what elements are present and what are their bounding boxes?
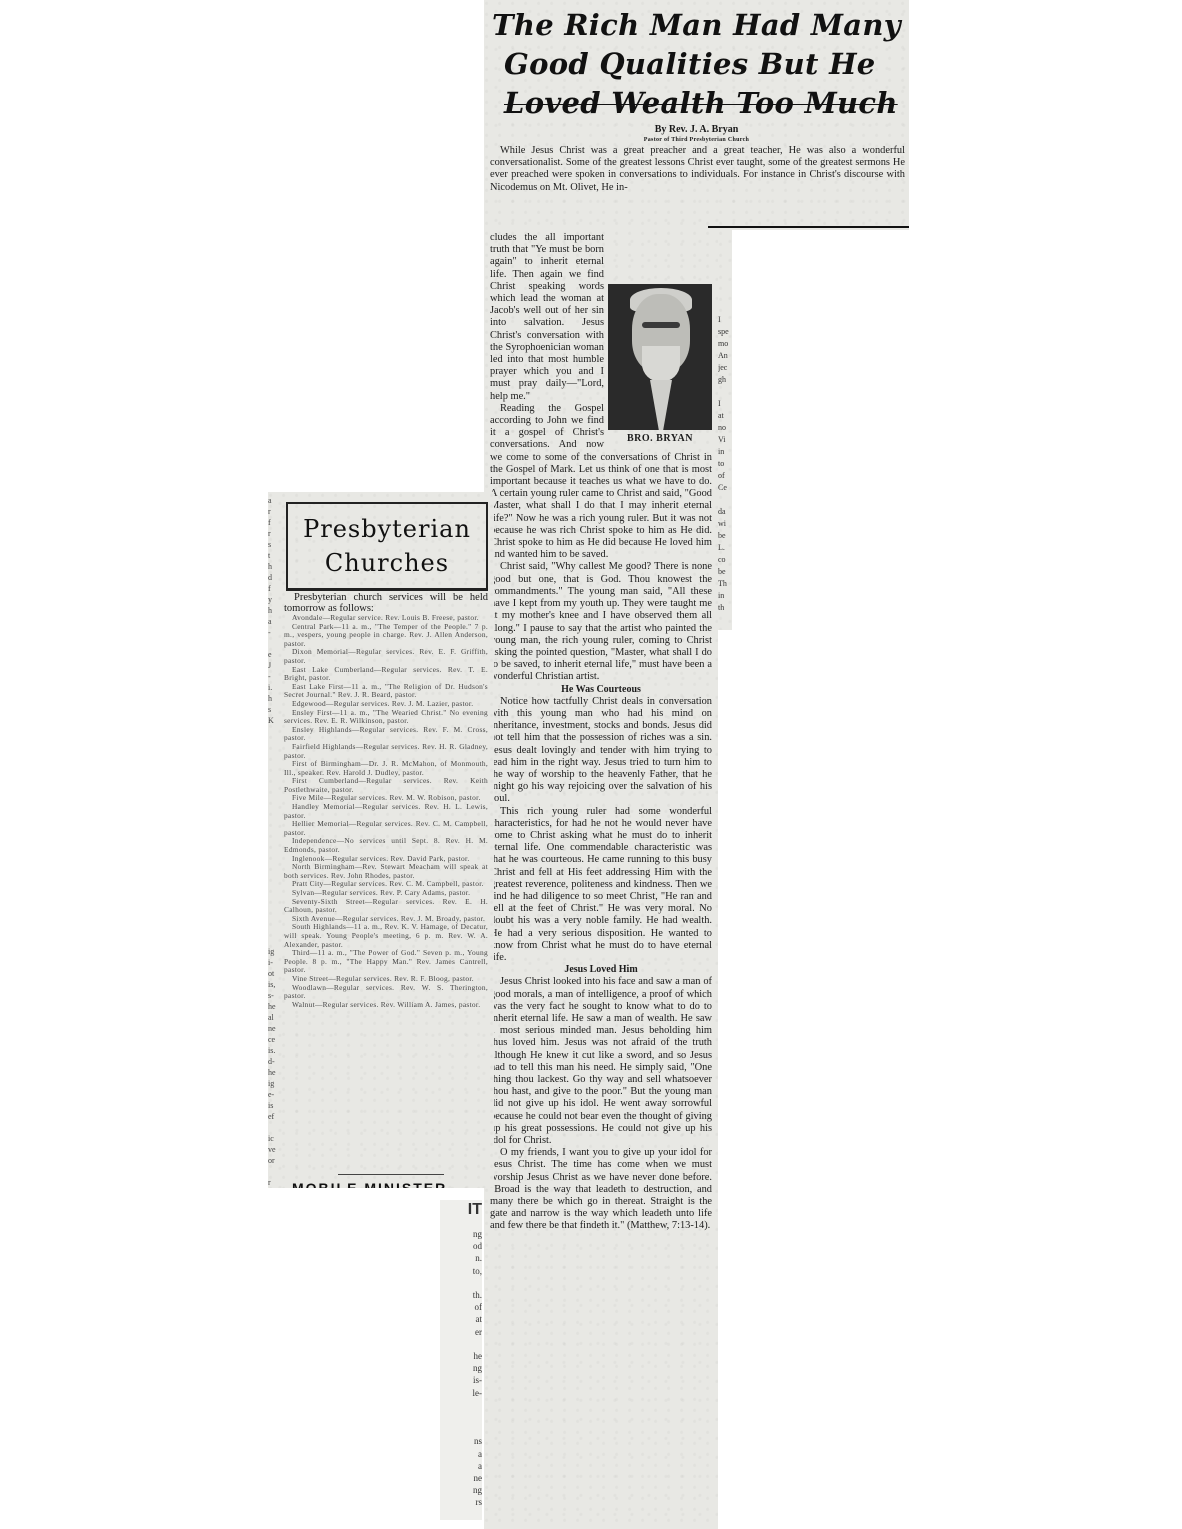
fragment-line: Ce bbox=[718, 482, 732, 494]
fragment-line bbox=[268, 836, 280, 847]
article-paragraph: Jesus Christ looked into his face and sa… bbox=[490, 976, 712, 1147]
article-body-column: BRO. BRYAN cludes the all important trut… bbox=[484, 230, 718, 1529]
fragment-line: s bbox=[268, 539, 280, 550]
section-divider bbox=[338, 1174, 444, 1175]
fragment-line bbox=[268, 1166, 280, 1177]
fragment-line: - bbox=[268, 671, 280, 682]
fragment-line bbox=[268, 803, 280, 814]
fragment-line: r bbox=[268, 506, 280, 517]
article-paragraph: Notice how tactfully Christ deals in con… bbox=[490, 696, 712, 806]
subheading: Jesus Loved Him bbox=[490, 964, 712, 976]
section-title-line: Churches bbox=[288, 546, 486, 580]
fragment-line: be bbox=[718, 566, 732, 578]
byline: By Rev. J. A. Bryan bbox=[484, 124, 909, 135]
church-entry: Independence—No services until Sept. 8. … bbox=[284, 837, 488, 854]
fragment-line bbox=[268, 748, 280, 759]
fragment-line: Vi bbox=[718, 434, 732, 446]
fragment-line bbox=[268, 825, 280, 836]
fragment-line: ig bbox=[268, 946, 280, 957]
fragment-line: f bbox=[268, 583, 280, 594]
fragment-line: is. bbox=[268, 1045, 280, 1056]
fragment-line bbox=[718, 254, 732, 266]
fragment-line: is- bbox=[440, 1374, 482, 1386]
fragment-line: e bbox=[268, 649, 280, 660]
fragment-line bbox=[268, 902, 280, 913]
fragment-line: Th bbox=[718, 578, 732, 590]
fragment-line bbox=[268, 792, 280, 803]
church-entry: Hellier Memorial—Regular services. Rev. … bbox=[284, 820, 488, 837]
fragment-line: i. bbox=[268, 682, 280, 693]
fragment-line bbox=[440, 1411, 482, 1423]
fragment-line: An bbox=[718, 350, 732, 362]
fragment-line bbox=[718, 230, 732, 242]
church-entry: Seventy-Sixth Street—Regular services. R… bbox=[284, 898, 488, 915]
fragment-line: d- bbox=[268, 1056, 280, 1067]
fragment-line: is, bbox=[268, 979, 280, 990]
fragment-line bbox=[440, 1338, 482, 1350]
church-entry: First of Birmingham—Dr. J. R. McMahon, o… bbox=[284, 760, 488, 777]
fragment-line: jec bbox=[718, 362, 732, 374]
adjacent-column-fragment-left: arfrsthdfyha- eJ-i.hsK igi-otis,s-healne… bbox=[268, 495, 280, 1190]
fragment-line: at bbox=[440, 1313, 482, 1325]
fragment-line: K bbox=[268, 715, 280, 726]
fragment-line: d bbox=[268, 572, 280, 583]
fragment-line: y bbox=[268, 594, 280, 605]
fragment-line: he bbox=[268, 1001, 280, 1012]
fragment-line: ng bbox=[440, 1362, 482, 1374]
headline-line: Good Qualities But He bbox=[492, 45, 904, 84]
fragment-line: n. bbox=[440, 1252, 482, 1264]
fragment-line: ig bbox=[268, 1078, 280, 1089]
subheading: He Was Courteous bbox=[490, 684, 712, 696]
fragment-line: I bbox=[718, 314, 732, 326]
fragment-line bbox=[268, 935, 280, 946]
fragment-line bbox=[718, 494, 732, 506]
fragment-line bbox=[718, 290, 732, 302]
fragment-line: ne bbox=[268, 1023, 280, 1034]
section-title: Presbyterian Churches bbox=[288, 512, 486, 580]
fragment-line: h bbox=[268, 605, 280, 616]
lead-paragraph: While Jesus Christ was a great preacher … bbox=[490, 145, 905, 194]
fragment-line bbox=[268, 1188, 280, 1190]
church-entry: Walnut—Regular services. Rev. William A.… bbox=[284, 1001, 488, 1010]
church-entry: South Highlands—11 a. m., Rev. K. V. Ham… bbox=[284, 923, 488, 949]
fragment-line bbox=[268, 891, 280, 902]
fragment-lines: ngodn.to, th.ofater hengis-le- nsaanengr… bbox=[440, 1228, 482, 1509]
fragment-line bbox=[268, 737, 280, 748]
section-title-line: Presbyterian bbox=[288, 512, 486, 546]
fragment-line bbox=[440, 1399, 482, 1411]
fragment-line: ce bbox=[268, 1034, 280, 1045]
fragment-line: I bbox=[718, 398, 732, 410]
fragment-line: or bbox=[268, 1155, 280, 1166]
fragment-line: mo bbox=[718, 338, 732, 350]
fragment-line: a bbox=[268, 495, 280, 506]
church-entries: Avondale—Regular service. Rev. Louis B. … bbox=[284, 614, 488, 1009]
headline-line: The Rich Man Had Many bbox=[492, 6, 904, 45]
fragment-line: spe bbox=[718, 326, 732, 338]
church-listing: Presbyterian church services will be hel… bbox=[284, 592, 488, 1009]
fragment-line bbox=[718, 278, 732, 290]
church-entry: Third—11 a. m., "The Power of God." Seve… bbox=[284, 949, 488, 975]
headline-line: Loved Wealth Too Much bbox=[492, 84, 904, 123]
article-paragraph: O my friends, I want you to give up your… bbox=[490, 1147, 712, 1232]
lead-paragraph-text: While Jesus Christ was a great preacher … bbox=[490, 145, 905, 194]
fragment-line: ic bbox=[268, 1133, 280, 1144]
article-headline: The Rich Man Had Many Good Qualities But… bbox=[492, 6, 904, 123]
fragment-line: of bbox=[718, 470, 732, 482]
fragment-line: of bbox=[440, 1301, 482, 1313]
church-entry: East Lake First—11 a. m., "The Religion … bbox=[284, 683, 488, 700]
fragment-line: ne bbox=[440, 1472, 482, 1484]
fragment-line: ns bbox=[440, 1435, 482, 1447]
church-entry: Ensley First—11 a. m., "The Wearied Chri… bbox=[284, 709, 488, 726]
fragment-line bbox=[268, 913, 280, 924]
fragment-line: wi bbox=[718, 518, 732, 530]
next-headline-fragment: MOBILE MINISTER bbox=[292, 1180, 447, 1188]
fragment-line: th bbox=[718, 602, 732, 614]
fragment-line: ng bbox=[440, 1228, 482, 1240]
fragment-line bbox=[268, 638, 280, 649]
fragment-line: is bbox=[268, 1100, 280, 1111]
church-entry: Ensley Highlands—Regular services. Rev. … bbox=[284, 726, 488, 743]
article-paragraph: Christ said, "Why callest Me good? There… bbox=[490, 561, 712, 683]
church-entry: Central Park—11 a. m., "The Temper of th… bbox=[284, 623, 488, 649]
fragment-line: ve bbox=[268, 1144, 280, 1155]
fragment-line: ot bbox=[268, 968, 280, 979]
fragment-line: gh bbox=[718, 374, 732, 386]
fragment-line: be bbox=[718, 530, 732, 542]
fragment-line: to bbox=[718, 458, 732, 470]
fragment-line: er bbox=[440, 1326, 482, 1338]
fragment-line bbox=[268, 759, 280, 770]
fragment-line: at bbox=[718, 410, 732, 422]
section-title-box: Presbyterian Churches bbox=[286, 502, 488, 591]
church-entry: Fairfield Highlands—Regular services. Re… bbox=[284, 743, 488, 760]
church-entry: First Cumberland—Regular services. Rev. … bbox=[284, 777, 488, 794]
fragment-line: he bbox=[268, 1067, 280, 1078]
fragment-line: r bbox=[268, 528, 280, 539]
fragment-line bbox=[440, 1423, 482, 1435]
fragment-line: r bbox=[268, 1177, 280, 1188]
adjacent-column-fragment: IspemoAnjecgh IatnoViintoofCe dawibeL.co… bbox=[718, 230, 732, 630]
fragment-line: a bbox=[268, 616, 280, 627]
church-entry: Dixon Memorial—Regular services. Rev. E.… bbox=[284, 648, 488, 665]
fragment-line: to, bbox=[440, 1265, 482, 1277]
church-entry: East Lake Cumberland—Regular services. R… bbox=[284, 666, 488, 683]
photo-caption: BRO. BRYAN bbox=[608, 433, 712, 445]
fragment-line bbox=[268, 847, 280, 858]
fragment-line bbox=[268, 924, 280, 935]
fragment-line: a bbox=[440, 1460, 482, 1472]
fragment-line bbox=[268, 858, 280, 869]
fragment-line: - bbox=[268, 627, 280, 638]
column-rule bbox=[708, 226, 909, 228]
fragment-line bbox=[718, 266, 732, 278]
fragment-line bbox=[440, 1277, 482, 1289]
fragment-line: s bbox=[268, 704, 280, 715]
presbyterian-churches-clipping: Presbyterian Churches Presbyterian churc… bbox=[268, 492, 494, 1188]
fragment-line: al bbox=[268, 1012, 280, 1023]
fragment-line: J bbox=[268, 660, 280, 671]
fragment-line: no bbox=[718, 422, 732, 434]
fragment-line: th. bbox=[440, 1289, 482, 1301]
portrait-image bbox=[608, 284, 712, 430]
fragment-line: s- bbox=[268, 990, 280, 1001]
fragment-line: a bbox=[440, 1448, 482, 1460]
church-entry: Woodlawn—Regular services. Rev. W. S. Th… bbox=[284, 984, 488, 1001]
fragment-line bbox=[268, 869, 280, 880]
fragment-line: ef bbox=[268, 1111, 280, 1122]
fragment-line: le- bbox=[440, 1387, 482, 1399]
fragment-line: L. bbox=[718, 542, 732, 554]
fragment-line bbox=[268, 1122, 280, 1133]
church-entry: Handley Memorial—Regular services. Rev. … bbox=[284, 803, 488, 820]
byline-title: Pastor of Third Presbyterian Church bbox=[484, 137, 909, 143]
fragment-line: od bbox=[440, 1240, 482, 1252]
fragment-line: da bbox=[718, 506, 732, 518]
article-header-clipping: The Rich Man Had Many Good Qualities But… bbox=[484, 0, 909, 230]
article-body: BRO. BRYAN cludes the all important trut… bbox=[490, 232, 712, 1233]
fragment-line bbox=[268, 770, 280, 781]
fragment-line: t bbox=[268, 550, 280, 561]
fragment-line bbox=[268, 726, 280, 737]
fragment-line: e- bbox=[268, 1089, 280, 1100]
fragment-line: in bbox=[718, 446, 732, 458]
fragment-line: rs bbox=[440, 1496, 482, 1508]
church-entry: North Birmingham—Rev. Stewart Meacham wi… bbox=[284, 863, 488, 880]
fragment-line bbox=[718, 242, 732, 254]
fragment-line: f bbox=[268, 517, 280, 528]
fragment-line: he bbox=[440, 1350, 482, 1362]
fragment-heading: IT bbox=[440, 1200, 482, 1220]
adjacent-column-fragment-bottom: IT ngodn.to, th.ofater hengis-le- nsaane… bbox=[440, 1200, 482, 1520]
fragment-line bbox=[268, 814, 280, 825]
fragment-line: h bbox=[268, 693, 280, 704]
fragment-line bbox=[268, 781, 280, 792]
article-paragraph: This rich young ruler had some wonderful… bbox=[490, 806, 712, 965]
fragment-line bbox=[718, 386, 732, 398]
fragment-line: co bbox=[718, 554, 732, 566]
fragment-line: in bbox=[718, 590, 732, 602]
fragment-line bbox=[718, 302, 732, 314]
fragment-line: i- bbox=[268, 957, 280, 968]
fragment-line: h bbox=[268, 561, 280, 572]
fragment-line: ng bbox=[440, 1484, 482, 1496]
author-photo: BRO. BRYAN bbox=[608, 284, 712, 448]
fragment-line bbox=[268, 880, 280, 891]
listing-intro: Presbyterian church services will be hel… bbox=[284, 592, 488, 614]
